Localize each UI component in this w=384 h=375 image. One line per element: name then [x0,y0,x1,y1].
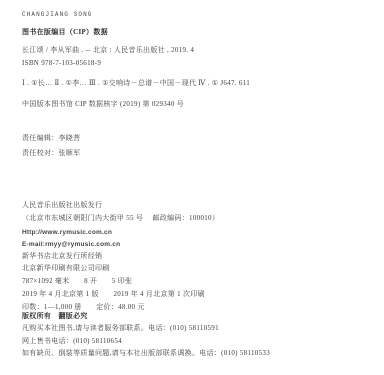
cip-classification: Ⅰ . ①长… Ⅱ . ①李… Ⅲ . ①交响诗－总谱－中国－现代 Ⅳ . ① … [22,79,250,88]
publisher-website: Http://www.rymusic.com.cn [22,228,112,237]
isbn-line: ISBN 978-7-103-05618-9 [22,59,101,68]
format-line: 787×1092 毫米 8 开 5 印张 [22,277,132,286]
reader-service-line: 凡购买本社图书,请与读者服务部联系。电话：(010) 58110591 [22,324,219,333]
copyright-notice: 版权所有 翻版必究 [22,312,88,321]
publisher-address: （北京市东城区朝阳门内大街甲 55 号 邮政编码：100010） [22,214,219,223]
publisher-line: 人民音乐出版社出版发行 [22,201,102,210]
responsible-editor: 责任编辑：李晓菩 [22,134,80,143]
online-sales-line: 网上售书电话：(010) 58110654 [22,337,122,346]
copyright-page: CHANGJIANG SONG 图书在版编目（CIP）数据 长江颂 / 李从军曲… [0,0,384,375]
quality-exchange-line: 如有缺页、倒装等质量问题,请与本社出版部联系调换。电话：(010) 581105… [22,349,270,358]
cip-title: 图书在版编目（CIP）数据 [22,28,108,37]
print-run-price-line: 印数：1—1,000 册 定价：48.00 元 [22,303,145,312]
printer-line: 北京新华印刷有限公司印刷 [22,264,110,273]
running-head: CHANGJIANG SONG [22,10,93,19]
cip-record-number: 中国版本图书馆 CIP 数据核字 (2019) 第 029340 号 [22,100,184,109]
publisher-email: E-mail:rmyy@rymusic.com.cn [22,240,120,249]
cip-entry: 长江颂 / 李从军曲 . -- 北京 : 人民音乐出版社 , 2019. 4 [22,46,194,55]
responsible-proofreader: 责任校对：张顺军 [22,149,80,158]
edition-line: 2019 年 4 月北京第 1 版 2019 年 4 月北京第 1 次印刷 [22,290,205,299]
distributor-line: 新华书店北京发行所经销 [22,252,102,261]
